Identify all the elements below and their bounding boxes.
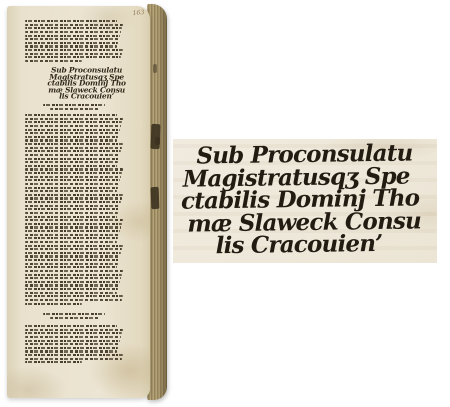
handwriting-line (25, 143, 123, 145)
handwriting-line (25, 336, 121, 338)
handwriting-line (25, 234, 119, 236)
handwriting-line (25, 266, 117, 268)
handwritten-paragraph-main (25, 114, 123, 310)
handwriting-line (25, 24, 123, 26)
handwriting-line (25, 277, 121, 279)
handwriting-line (25, 299, 122, 301)
heading-line: lis Cracouien’ (15, 93, 158, 100)
handwriting-line (25, 158, 119, 160)
handwriting-line (25, 201, 121, 203)
handwriting-line (25, 343, 119, 345)
fore-edge-ink-mark (151, 187, 160, 209)
handwriting-line (25, 132, 119, 134)
handwriting-line (25, 139, 117, 141)
handwriting-line (25, 129, 120, 131)
handwriting-line (25, 121, 122, 123)
handwriting-line (25, 187, 118, 189)
handwriting-line (25, 237, 118, 239)
handwritten-paragraph-top (25, 20, 123, 65)
handwriting-line (25, 295, 123, 297)
handwriting-line (25, 194, 123, 196)
page-heading-text: Sub ProconsulatuMagistratusqʒ Spectabili… (15, 67, 158, 100)
handwriting-line (43, 104, 106, 106)
handwriting-line (25, 347, 118, 349)
handwriting-line (25, 230, 120, 232)
handwriting-line (25, 226, 121, 228)
book-fore-edge (147, 4, 167, 400)
handwriting-line (25, 136, 118, 138)
handwriting-line (25, 168, 123, 170)
handwriting-line (25, 255, 120, 257)
handwriting-line (25, 27, 122, 29)
handwriting-line (25, 60, 82, 62)
handwriting-line (25, 154, 120, 156)
handwriting-line (25, 42, 118, 44)
handwriting-line (50, 317, 99, 319)
handwriting-line (25, 35, 120, 37)
handwriting-line (25, 281, 120, 283)
handwriting-line (25, 56, 121, 58)
handwriting-line (25, 248, 122, 250)
handwriting-line (25, 219, 123, 221)
handwriting-line (25, 245, 123, 247)
handwriting-line (25, 114, 117, 116)
handwriting-line (25, 38, 119, 40)
handwriting-line (25, 172, 122, 174)
handwriting-line (25, 325, 117, 327)
fore-edge-ink-mark (155, 137, 160, 145)
manuscript-page: 163 Sub ProconsulatuMagistratusqʒ Specta… (7, 6, 150, 398)
handwriting-line (25, 45, 117, 47)
actum-subheader-2 (25, 313, 123, 323)
handwriting-line (25, 183, 119, 185)
calligraphy-text: Sub ProconsulatuMagistratusqʒ Spectabili… (173, 139, 437, 258)
handwriting-line (25, 241, 117, 243)
handwriting-line (25, 197, 122, 199)
handwriting-line (25, 361, 82, 363)
handwriting-line (25, 31, 121, 33)
handwriting-line (25, 205, 120, 207)
handwriting-line (25, 165, 117, 167)
handwriting-line (25, 263, 118, 265)
handwriting-line (25, 329, 123, 331)
actum-subheader-1 (25, 104, 123, 113)
handwriting-line (25, 190, 117, 192)
handwriting-line (25, 49, 123, 51)
handwritten-paragraph-bottom (25, 325, 123, 367)
handwriting-line (50, 108, 99, 110)
handwriting-line (25, 259, 119, 261)
handwriting-line (25, 176, 121, 178)
screenshot-canvas: 163 Sub ProconsulatuMagistratusqʒ Specta… (0, 0, 450, 407)
handwriting-line (25, 179, 120, 181)
handwriting-line (25, 292, 117, 294)
handwriting-line (25, 303, 82, 305)
handwriting-line (25, 284, 119, 286)
manuscript-book-photo: 163 Sub ProconsulatuMagistratusqʒ Specta… (7, 4, 167, 400)
handwriting-line (25, 20, 117, 22)
handwriting-line (25, 212, 118, 214)
calligraphy-line: lis Cracouien’ (182, 232, 430, 258)
handwriting-line (25, 274, 122, 276)
handwriting-line (25, 350, 117, 352)
heading-detail-crop: Sub ProconsulatuMagistratusqʒ Spectabili… (173, 139, 437, 263)
handwriting-line (25, 216, 117, 218)
handwriting-line (25, 358, 122, 360)
page-number: 163 (119, 9, 144, 18)
handwriting-line (25, 252, 121, 254)
handwriting-line (25, 53, 122, 55)
handwriting-line (25, 332, 122, 334)
handwriting-line (25, 223, 122, 225)
page-heading: Sub ProconsulatuMagistratusqʒ Spectabili… (15, 67, 158, 105)
handwriting-line (43, 313, 106, 315)
handwriting-line (25, 161, 118, 163)
handwriting-line (25, 118, 123, 120)
handwriting-line (25, 288, 118, 290)
handwriting-line (25, 147, 122, 149)
handwriting-line (25, 354, 123, 356)
handwriting-line (25, 208, 119, 210)
handwriting-line (25, 340, 120, 342)
handwriting-line (25, 270, 123, 272)
handwriting-line (25, 150, 121, 152)
handwriting-line (25, 125, 121, 127)
